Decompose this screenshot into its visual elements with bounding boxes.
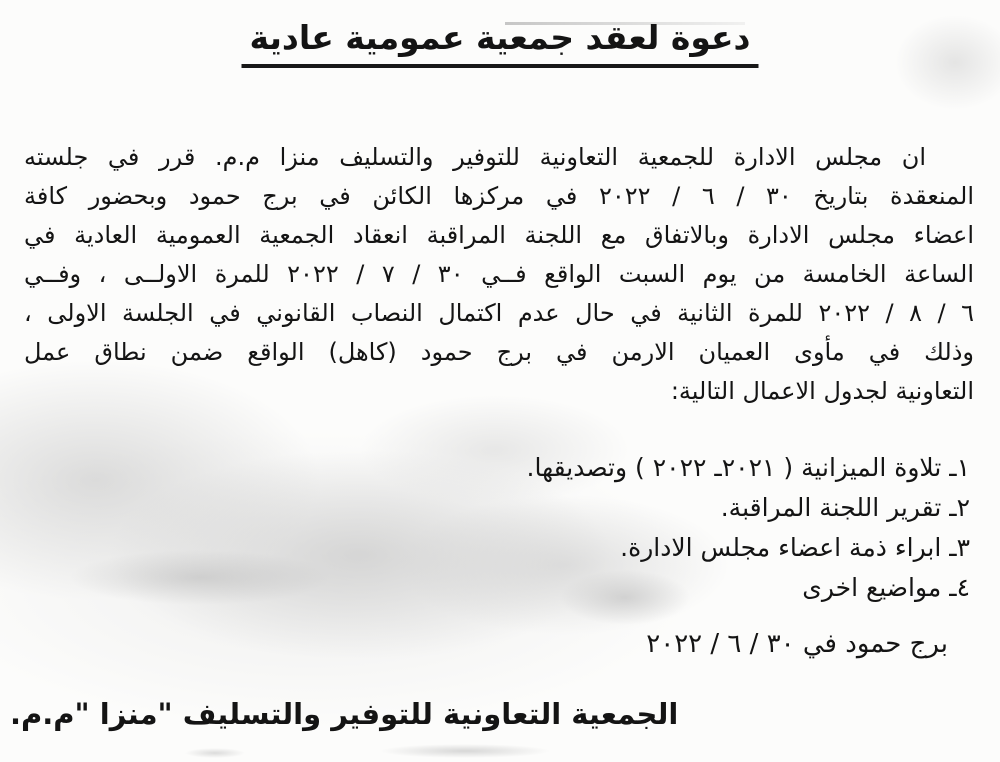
scanned-document-page: دعوة لعقد جمعية عمومية عادية ان مجلس الا… xyxy=(0,0,1000,762)
signature-line: الجمعية التعاونية للتوفير والتسليف "منزا… xyxy=(10,697,678,731)
agenda-item: ١ـ تلاوة الميزانية ( ٢٠٢١ـ ٢٠٢٢ ) وتصديق… xyxy=(527,448,970,488)
agenda-item: ٤ـ مواضيع اخرى xyxy=(527,568,970,608)
scan-smudge xyxy=(185,748,245,758)
scan-shadow xyxy=(70,550,330,605)
body-line: المنعقدة بتاريخ ٣٠ / ٦ / ٢٠٢٢ في مركزها … xyxy=(24,177,974,216)
body-line: وذلك في مأوى العميان الارمن في برج حمود … xyxy=(24,333,974,372)
body-line: الساعة الخامسة من يوم السبت الواقع فــي … xyxy=(24,255,974,294)
body-line: ٦ / ٨ / ٢٠٢٢ للمرة الثانية في حال عدم اك… xyxy=(24,294,974,333)
date-line: برج حمود في ٣٠ / ٦ / ٢٠٢٢ xyxy=(646,629,948,659)
scan-shadow xyxy=(895,15,1000,110)
body-line: التعاونية لجدول الاعمال التالية: xyxy=(24,372,974,411)
body-line: ان مجلس الادارة للجمعية التعاونية للتوفي… xyxy=(24,138,974,177)
document-title: دعوة لعقد جمعية عمومية عادية xyxy=(242,18,759,68)
agenda-item: ٣ـ ابراء ذمة اعضاء مجلس الادارة. xyxy=(527,528,970,568)
scan-smudge xyxy=(380,744,550,758)
agenda-list: ١ـ تلاوة الميزانية ( ٢٠٢١ـ ٢٠٢٢ ) وتصديق… xyxy=(527,448,970,608)
body-paragraph: ان مجلس الادارة للجمعية التعاونية للتوفي… xyxy=(24,138,974,411)
agenda-item: ٢ـ تقرير اللجنة المراقبة. xyxy=(527,488,970,528)
body-line: اعضاء مجلس الادارة وبالاتفاق مع اللجنة ا… xyxy=(24,216,974,255)
